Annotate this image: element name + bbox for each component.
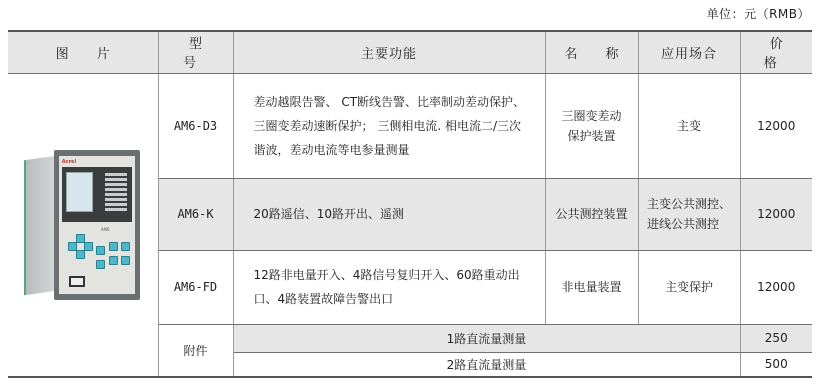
- function-cell: 20路遥信、10路开出、遥测: [233, 178, 545, 250]
- device-image: Acrel AM6: [24, 150, 142, 300]
- price-cell: 12000: [740, 250, 812, 324]
- function-key-icon: [109, 256, 118, 265]
- indicator-leds: [97, 173, 127, 217]
- function-key-icon: [109, 242, 118, 251]
- accessory-price-cell: 250: [740, 324, 812, 352]
- name-cell: 非电量装置: [545, 250, 638, 324]
- accessory-label-cell: 附件: [158, 324, 233, 377]
- price-cell: 12000: [740, 73, 812, 178]
- lcd-screen: [66, 172, 93, 212]
- function-key-icon: [121, 242, 130, 251]
- currency-unit-note: 单位：元（RMB）: [707, 5, 810, 22]
- function-key-icon: [121, 256, 130, 265]
- brand-logo-icon: Acrel: [62, 159, 76, 165]
- function-cell: 12路非电量开入、4路信号复归开入、60路重动出口、4路装置故障告警出口: [233, 250, 545, 324]
- comm-port-icon: [69, 276, 85, 287]
- function-key-icon: [96, 260, 105, 269]
- function-cell: 差动越限告警、 CT断线告警、比率制动差动保护、三圈变差动速断保护； 三侧相电流…: [233, 73, 545, 178]
- device-side: [24, 156, 56, 295]
- header-function: 主要功能: [233, 31, 545, 73]
- function-key-icon: [96, 246, 105, 255]
- header-image: 图 片: [8, 31, 158, 73]
- down-key-icon: [76, 250, 85, 259]
- price-cell: 12000: [740, 178, 812, 250]
- accessory-price-cell: 500: [740, 352, 812, 377]
- device-front: Acrel AM6: [54, 150, 140, 300]
- header-price: 价 格: [740, 31, 812, 73]
- name-cell: 三圈变差动保护装置: [545, 73, 638, 178]
- product-image-cell: Acrel AM6: [8, 73, 158, 377]
- model-label-icon: AM6: [101, 227, 110, 232]
- model-cell: AM6-D3: [158, 73, 233, 178]
- header-name: 名 称: [545, 31, 638, 73]
- model-cell: AM6-K: [158, 178, 233, 250]
- name-cell: 公共测控装置: [545, 178, 638, 250]
- table-header-row: 图 片 型 号 主要功能 名 称 应用场合 价 格: [8, 31, 812, 73]
- header-model: 型 号: [158, 31, 233, 73]
- header-application: 应用场合: [638, 31, 740, 73]
- model-cell: AM6-FD: [158, 250, 233, 324]
- application-cell: 主变保护: [638, 250, 740, 324]
- product-price-table: 图 片 型 号 主要功能 名 称 应用场合 价 格 Acrel: [8, 30, 812, 378]
- table-row: Acrel AM6: [8, 73, 812, 178]
- accessory-function-cell: 2路直流量测量: [233, 352, 740, 377]
- right-key-icon: [84, 242, 93, 251]
- accessory-function-cell: 1路直流量测量: [233, 324, 740, 352]
- display-panel: [62, 167, 132, 222]
- application-cell: 主变: [638, 73, 740, 178]
- application-cell: 主变公共测控、进线公共测控: [638, 178, 740, 250]
